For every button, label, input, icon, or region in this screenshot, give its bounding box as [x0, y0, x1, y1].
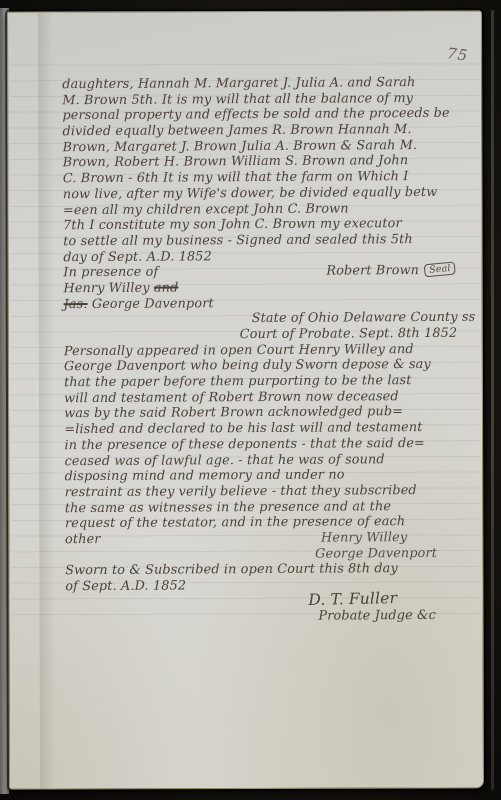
handwritten-text: daughters, Hannah M. Margaret J. Julia A…: [62, 75, 477, 627]
presence-text: In presence of: [63, 265, 158, 281]
struck-word: and: [154, 280, 179, 295]
witness-signature: George Davenport: [315, 546, 437, 562]
page-number: 75: [446, 44, 469, 65]
struck-word: Jas.: [64, 297, 88, 312]
judge-title: Probate Judge &c: [65, 608, 477, 626]
book-edge-right: [491, 10, 494, 790]
seal-mark: Seal: [423, 262, 456, 278]
testator-signature: Robert BrownSeal: [326, 263, 455, 279]
binding-fold: [38, 13, 55, 789]
ledger-page: 75 daughters, Hannah M. Margaret J. Juli…: [7, 10, 484, 789]
photo-backdrop: 75 daughters, Hannah M. Margaret J. Juli…: [0, 0, 501, 800]
witness-signature: Henry Willey: [321, 530, 407, 546]
